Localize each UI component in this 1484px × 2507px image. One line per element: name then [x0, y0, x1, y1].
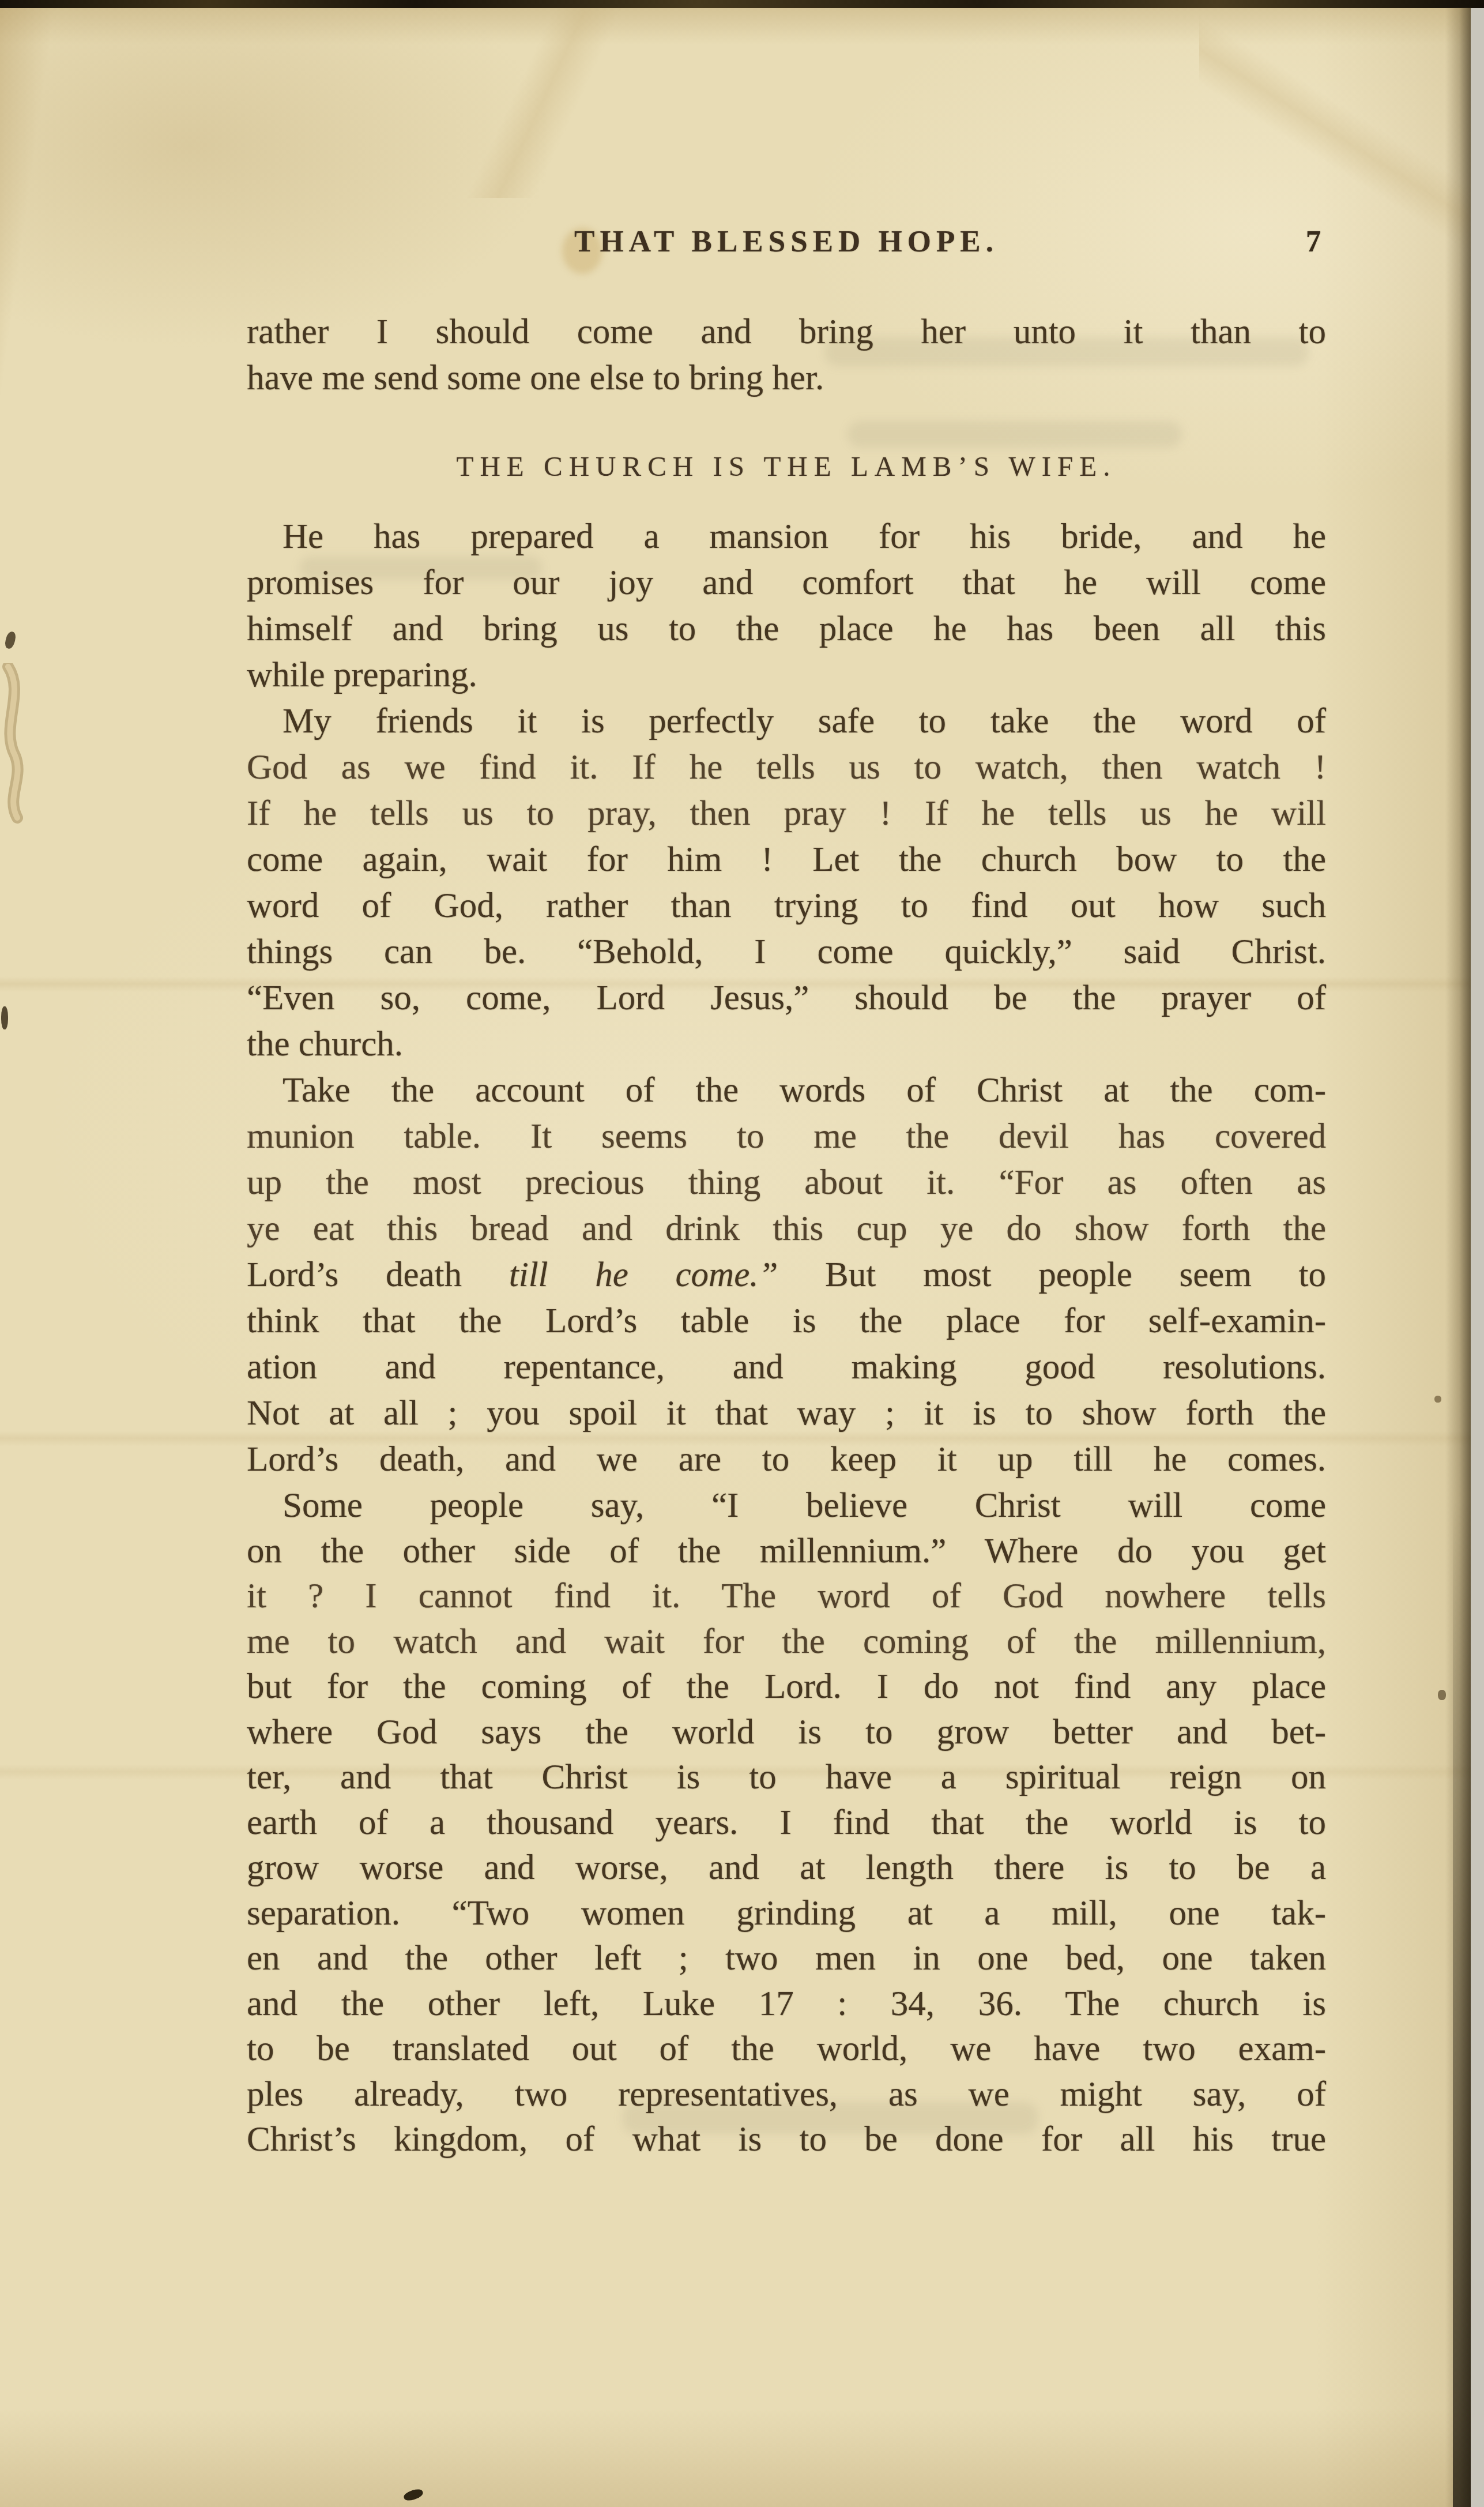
binding-thread — [0, 663, 59, 825]
text-line: ter, and that Christ is to have a spirit… — [247, 1754, 1326, 1801]
text-line: Lord’s death, and we are to keep it up t… — [247, 1436, 1326, 1483]
text-line: rather I should come and bring her unto … — [247, 309, 1326, 356]
text-line: en and the other left ; two men in one b… — [247, 1935, 1326, 1982]
scanned-book-page: THAT BLESSED HOPE. 7 rather I should com… — [0, 0, 1484, 2507]
show-through-smudge — [848, 421, 1182, 448]
text-line: and the other left, Luke 17 : 34, 36. Th… — [247, 1980, 1326, 2028]
italic-text-segment: till he come.” — [509, 1256, 778, 1294]
scan-edge — [0, 0, 1484, 8]
text-line: grow worse and worse, and at length ther… — [247, 1844, 1326, 1892]
text-line: word of God, rather than trying to find … — [247, 882, 1326, 930]
text-line: it ? I cannot find it. The word of God n… — [247, 1573, 1326, 1620]
text-line: ples already, two representatives, as we… — [247, 2071, 1326, 2118]
text-line: Lord’s death till he come.” But most peo… — [247, 1251, 1326, 1299]
text-line: He has prepared a mansion for his bride,… — [247, 513, 1326, 561]
text-line: on the other side of the millennium.” Wh… — [247, 1528, 1326, 1575]
text-segment: But most people seem to — [778, 1256, 1326, 1294]
text-line: up the most precious thing about it. “Fo… — [247, 1159, 1326, 1206]
page-number: 7 — [1290, 223, 1336, 260]
ink-speck — [1434, 1396, 1441, 1403]
text-line: “Even so, come, Lord Jesus,” should be t… — [247, 975, 1326, 1022]
page-edge-shadow — [1453, 1499, 1471, 2507]
text-line: God as we find it. If he tells us to wat… — [247, 744, 1326, 791]
text-line: Some people say, “I believe Christ will … — [247, 1482, 1326, 1529]
text-segment: Lord’s death — [247, 1256, 509, 1294]
text-line: but for the coming of the Lord. I do not… — [247, 1663, 1326, 1711]
text-line: ye eat this bread and drink this cup ye … — [247, 1205, 1326, 1253]
text-line: the church. — [247, 1021, 1326, 1068]
text-line: himself and bring us to the place he has… — [247, 606, 1326, 653]
text-line: think that the Lord’s table is the place… — [247, 1298, 1326, 1345]
running-head: THAT BLESSED HOPE. — [247, 223, 1326, 260]
ink-speck — [1438, 1690, 1446, 1700]
text-line: My friends it is perfectly safe to take … — [247, 698, 1326, 745]
section-heading: THE CHURCH IS THE LAMB’S WIFE. — [247, 449, 1326, 484]
text-line: ation and repentance, and making good re… — [247, 1344, 1326, 1391]
text-line: If he tells us to pray, then pray ! If h… — [247, 790, 1326, 837]
text-line: to be translated out of the world, we ha… — [247, 2025, 1326, 2073]
ink-speck — [1, 1006, 8, 1029]
text-line: me to watch and wait for the coming of t… — [247, 1618, 1326, 1666]
text-line: Take the account of the words of Christ … — [247, 1067, 1326, 1114]
text-line: promises for our joy and comfort that he… — [247, 559, 1326, 607]
text-line: have me send some one else to bring her. — [247, 355, 1326, 402]
text-line: things can be. “Behold, I come quickly,”… — [247, 929, 1326, 976]
text-line: Not at all ; you spoil it that way ; it … — [247, 1390, 1326, 1437]
text-line: where God says the world is to grow bett… — [247, 1709, 1326, 1756]
paper-crease — [323, 7, 761, 198]
text-line: munion table. It seems to me the devil h… — [247, 1113, 1326, 1160]
text-line: Christ’s kingdom, of what is to be done … — [247, 2116, 1326, 2163]
text-line: earth of a thousand years. I find that t… — [247, 1799, 1326, 1847]
text-line: come again, wait for him ! Let the churc… — [247, 836, 1326, 884]
text-line: separation. “Two women grinding at a mil… — [247, 1890, 1326, 1937]
text-line: while preparing. — [247, 652, 1326, 699]
